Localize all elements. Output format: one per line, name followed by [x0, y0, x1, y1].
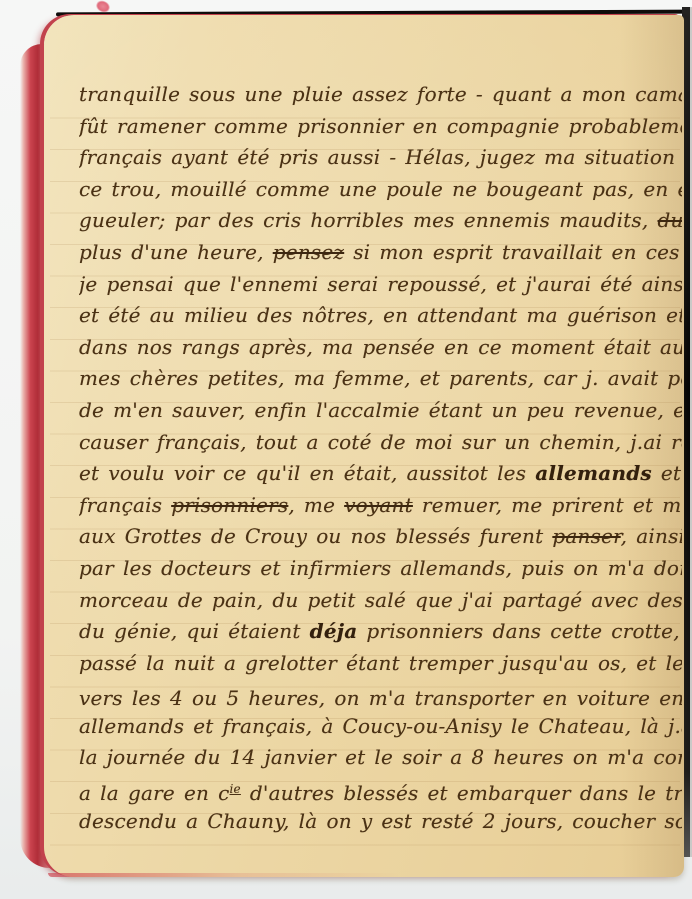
overwritten-word: allemands — [535, 461, 652, 485]
manuscript-line: la journée du 14 janvier et le soir a 8 … — [79, 742, 682, 774]
text-segment: et voulu voir ce qu'il en était, aussito… — [79, 461, 535, 485]
manuscript-line: gueuler; par des cris horribles mes enne… — [79, 205, 682, 237]
superscript-abbreviation: ie — [230, 782, 241, 796]
text-segment: plus d'une heure, — [79, 240, 273, 264]
text-segment: de m'en sauver, enfin l'accalmie étant u… — [79, 398, 682, 422]
text-segment: gueuler; par des cris horribles mes enne… — [79, 208, 658, 232]
text-segment: ce trou, mouillé comme une poule ne boug… — [79, 177, 682, 201]
struck-word: pensez — [273, 240, 344, 264]
text-segment: aux Grottes de Crouy ou nos blessés fure… — [79, 524, 552, 548]
text-segment: causer français, tout a coté de moi sur … — [79, 430, 682, 454]
text-segment: d'autres blessés et embarquer dans le tr… — [241, 781, 682, 805]
manuscript-line: aux Grottes de Crouy ou nos blessés fure… — [79, 521, 682, 553]
struck-word: prisonniers — [171, 493, 288, 517]
manuscript-line: ce trou, mouillé comme une poule ne boug… — [79, 174, 682, 206]
text-segment: mes chères petites, ma femme, et parents… — [79, 366, 682, 390]
manuscript-line: de m'en sauver, enfin l'accalmie étant u… — [79, 395, 682, 427]
text-segment: tranquille sous une pluie assez forte - … — [79, 82, 682, 106]
manuscript-line: passé la nuit a grelotter étant tremper … — [79, 648, 682, 680]
text-segment: français — [79, 493, 171, 517]
manuscript-line: français ayant été pris aussi - Hélas, j… — [79, 142, 682, 174]
manuscript-line: allemands et français, à Coucy-ou-Anisy … — [79, 711, 682, 743]
manuscript-lines: tranquille sous une pluie assez forte - … — [79, 79, 682, 837]
text-segment: descendu a Chauny, là on y est resté 2 j… — [79, 809, 682, 833]
text-segment: du génie, qui étaient — [79, 619, 310, 643]
notebook-page: tranquille sous une pluie assez forte - … — [44, 15, 684, 877]
manuscript-line: plus d'une heure, pensez si mon esprit t… — [79, 237, 682, 269]
manuscript-line: descendu a Chauny, là on y est resté 2 j… — [79, 806, 682, 838]
manuscript-line: français prisonniers, me voyant remuer, … — [79, 490, 682, 522]
text-segment: la journée du 14 janvier et le soir a 8 … — [79, 745, 682, 769]
manuscript-line: je pensai que l'ennemi serai repoussé, e… — [79, 269, 682, 301]
manuscript-line: du génie, qui étaient déja prisonniers d… — [79, 616, 682, 648]
text-segment: par les docteurs et infirmiers allemands… — [79, 556, 682, 580]
text-segment: morceau de pain, du petit salé que j'ai … — [79, 588, 682, 612]
manuscript-line: morceau de pain, du petit salé que j'ai … — [79, 585, 682, 617]
overwritten-word: déja — [310, 619, 358, 643]
text-segment: dans nos rangs après, ma pensée en ce mo… — [79, 335, 682, 359]
manuscript-line: et voulu voir ce qu'il en était, aussito… — [79, 458, 682, 490]
text-segment: , me — [288, 493, 344, 517]
manuscript-line: et été au milieu des nôtres, en attendan… — [79, 300, 682, 332]
struck-word: voyant — [344, 493, 413, 517]
text-segment: remuer, me prirent et m'amenèrent — [413, 493, 682, 517]
struck-word: durant — [658, 208, 683, 232]
text-segment: passé la nuit a grelotter étant tremper … — [79, 651, 682, 675]
text-segment: et été au milieu des nôtres, en attendan… — [79, 303, 682, 327]
text-segment: , ainsi que moi- — [621, 524, 682, 548]
text-segment: a la gare en c — [79, 781, 230, 805]
manuscript-line: vers les 4 ou 5 heures, on m'a transport… — [79, 679, 682, 711]
text-segment: je pensai que l'ennemi serai repoussé, e… — [79, 272, 682, 296]
manuscript-line: fût ramener comme prisonnier en compagni… — [79, 111, 682, 143]
manuscript-line: mes chères petites, ma femme, et parents… — [79, 363, 682, 395]
text-segment: fût ramener comme prisonnier en compagni… — [79, 114, 682, 138]
text-segment: si mon esprit travaillait en ces moments — [344, 240, 682, 264]
text-segment: vers les 4 ou 5 heures, on m'a transport… — [79, 686, 682, 710]
manuscript-line: par les docteurs et infirmiers allemands… — [79, 553, 682, 585]
manuscript-line: a la gare en cie d'autres blessés et emb… — [79, 774, 682, 806]
scanned-notebook: tranquille sous une pluie assez forte - … — [0, 0, 692, 899]
struck-word: panser — [552, 524, 620, 548]
text-segment: et — [652, 461, 682, 485]
manuscript-line: dans nos rangs après, ma pensée en ce mo… — [79, 332, 682, 364]
text-segment: français ayant été pris aussi - Hélas, j… — [79, 145, 682, 169]
text-segment: prisonniers dans cette crotte, ou j.y ai — [357, 619, 682, 643]
text-segment: allemands et français, à Coucy-ou-Anisy … — [79, 714, 682, 738]
manuscript-line: causer français, tout a coté de moi sur … — [79, 427, 682, 459]
manuscript-line: tranquille sous une pluie assez forte - … — [79, 79, 682, 111]
